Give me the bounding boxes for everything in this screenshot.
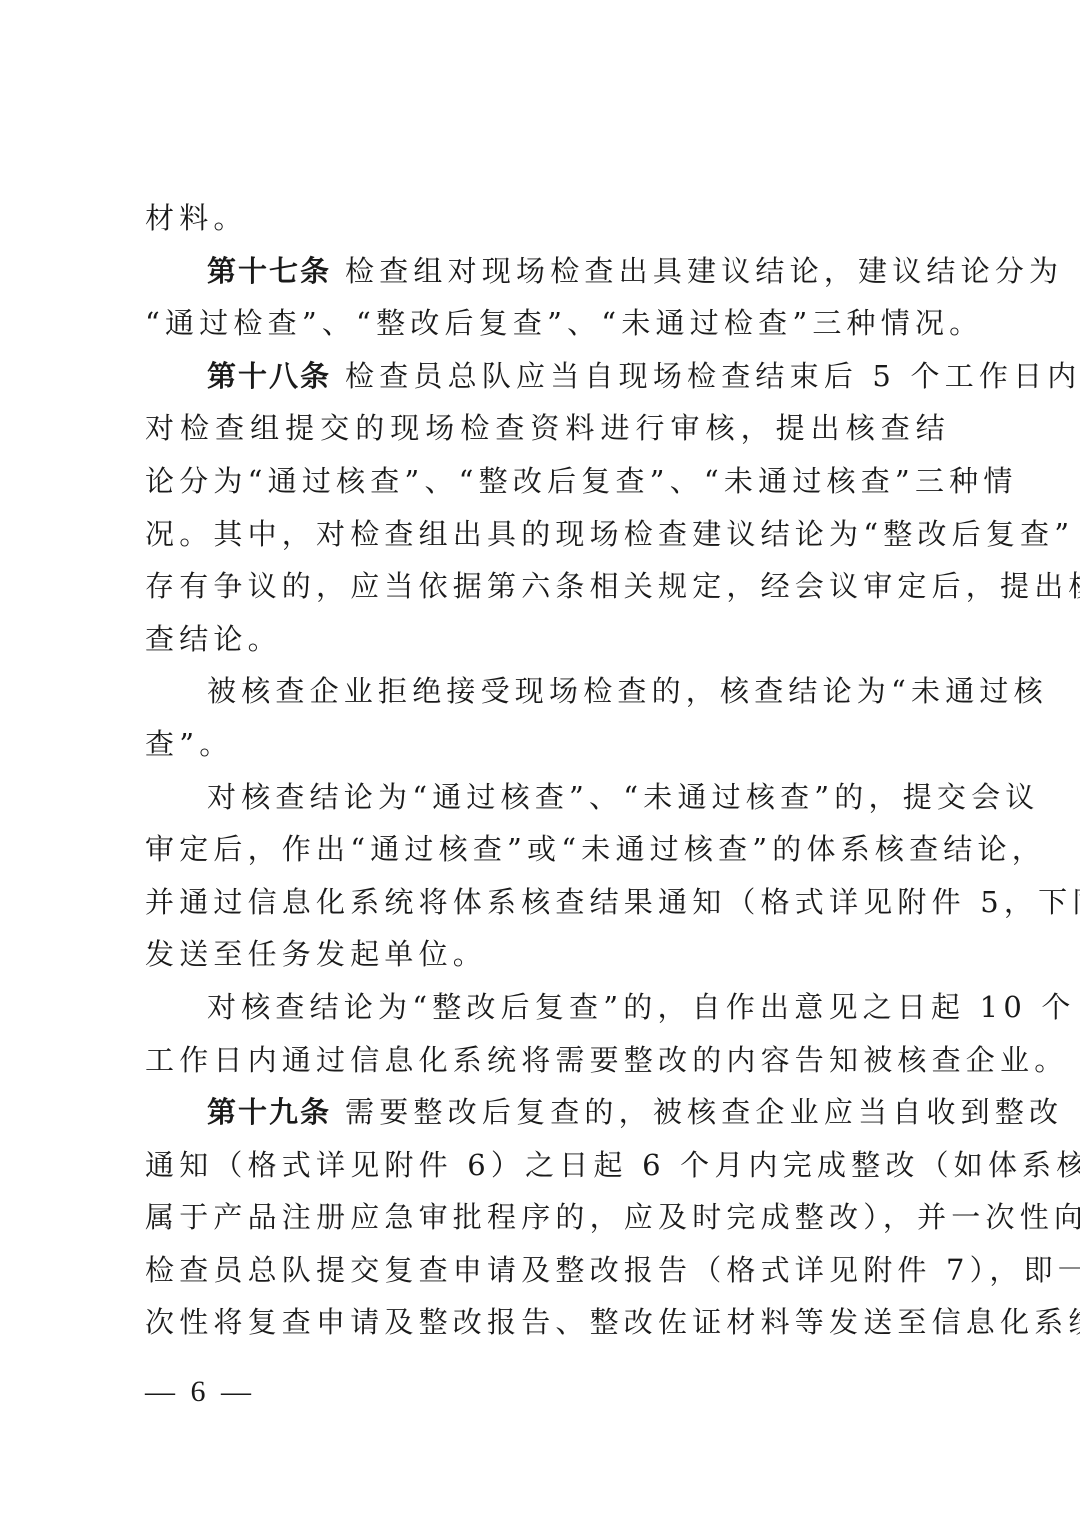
text-line: 材料。: [145, 192, 950, 245]
text-line: 存有争议的，应当依据第六条相关规定，经会议审定后，提出核: [145, 560, 950, 613]
text-line: 检查组对现场检查出具建议结论，建议结论分为: [345, 254, 1063, 288]
page-number: — 6 —: [145, 1372, 255, 1412]
text-line: 对核查结论为“整改后复查”的，自作出意见之日起 10 个: [145, 981, 950, 1034]
text-line: 需要整改后复查的，被核查企业应当自收到整改: [345, 1095, 1063, 1129]
text-line: 况。其中，对检查组出具的现场检查建议结论为“整改后复查”: [145, 508, 950, 561]
text-line: 论分为“通过核查”、“整改后复查”、“未通过核查”三种情: [145, 455, 950, 508]
article-heading: 第十七条: [207, 254, 331, 288]
text-line: 对核查结论为“通过核查”、“未通过核查”的，提交会议: [145, 771, 950, 824]
text-line: “通过检查”、“整改后复查”、“未通过检查”三种情况。: [145, 297, 950, 350]
article-17-first-line: 第十七条检查组对现场检查出具建议结论，建议结论分为: [145, 245, 950, 298]
text-line: 属于产品注册应急审批程序的，应及时完成整改），并一次性向: [145, 1191, 950, 1244]
text-line: 次性将复查申请及整改报告、整改佐证材料等发送至信息化系统。: [145, 1296, 950, 1349]
text-line: 被核查企业拒绝接受现场检查的，核查结论为“未通过核: [145, 665, 950, 718]
text-line: 发送至任务发起单位。: [145, 928, 950, 981]
text-line: 通知（格式详见附件 6）之日起 6 个月内完成整改（如体系核查: [145, 1139, 950, 1192]
text-line: 检查员总队应当自现场检查结束后 5 个工作日内: [345, 359, 1080, 393]
text-line: 检查员总队提交复查申请及整改报告（格式详见附件 7），即一: [145, 1244, 950, 1297]
text-line: 工作日内通过信息化系统将需要整改的内容告知被核查企业。: [145, 1034, 950, 1087]
text-line: 审定后，作出“通过核查”或“未通过核查”的体系核查结论，: [145, 823, 950, 876]
text-line: 对检查组提交的现场检查资料进行审核，提出核查结: [145, 402, 950, 455]
text-line: 并通过信息化系统将体系核查结果通知（格式详见附件 5，下同）: [145, 876, 950, 929]
document-page: 材料。 第十七条检查组对现场检查出具建议结论，建议结论分为 “通过检查”、“整改…: [145, 192, 950, 1349]
article-heading: 第十八条: [207, 359, 331, 393]
text-line: 查”。: [145, 718, 950, 771]
article-19-first-line: 第十九条需要整改后复查的，被核查企业应当自收到整改: [145, 1086, 950, 1139]
text-line: 查结论。: [145, 613, 950, 666]
article-18-first-line: 第十八条检查员总队应当自现场检查结束后 5 个工作日内: [145, 350, 950, 403]
article-heading: 第十九条: [207, 1095, 331, 1129]
